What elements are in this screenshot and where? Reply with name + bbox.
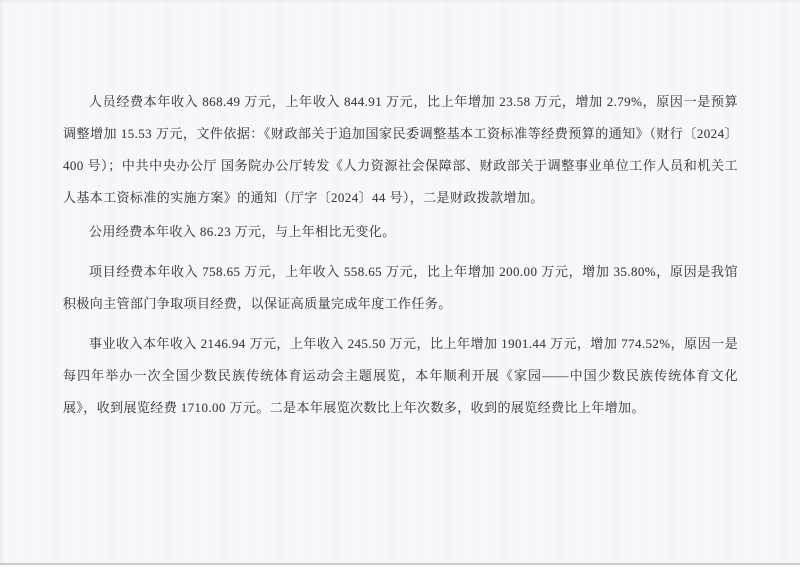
scanned-document-page: 人员经费本年收入 868.49 万元，上年收入 844.91 万元，比上年增加 … [0, 0, 800, 569]
paper-below-edge-highlight [0, 565, 800, 569]
document-text-block: 人员经费本年收入 868.49 万元，上年收入 844.91 万元，比上年增加 … [63, 86, 738, 424]
paragraph-business-income: 事业收入本年收入 2146.94 万元，上年收入 245.50 万元，比上年增加… [63, 328, 738, 424]
paragraph-personnel-expense: 人员经费本年收入 868.49 万元，上年收入 844.91 万元，比上年增加 … [63, 86, 738, 214]
paragraph-public-expense: 公用经费本年收入 86.23 万元，与上年相比无变化。 [63, 216, 738, 248]
paragraph-project-expense: 项目经费本年收入 758.65 万元，上年收入 558.65 万元，比上年增加 … [63, 256, 738, 320]
